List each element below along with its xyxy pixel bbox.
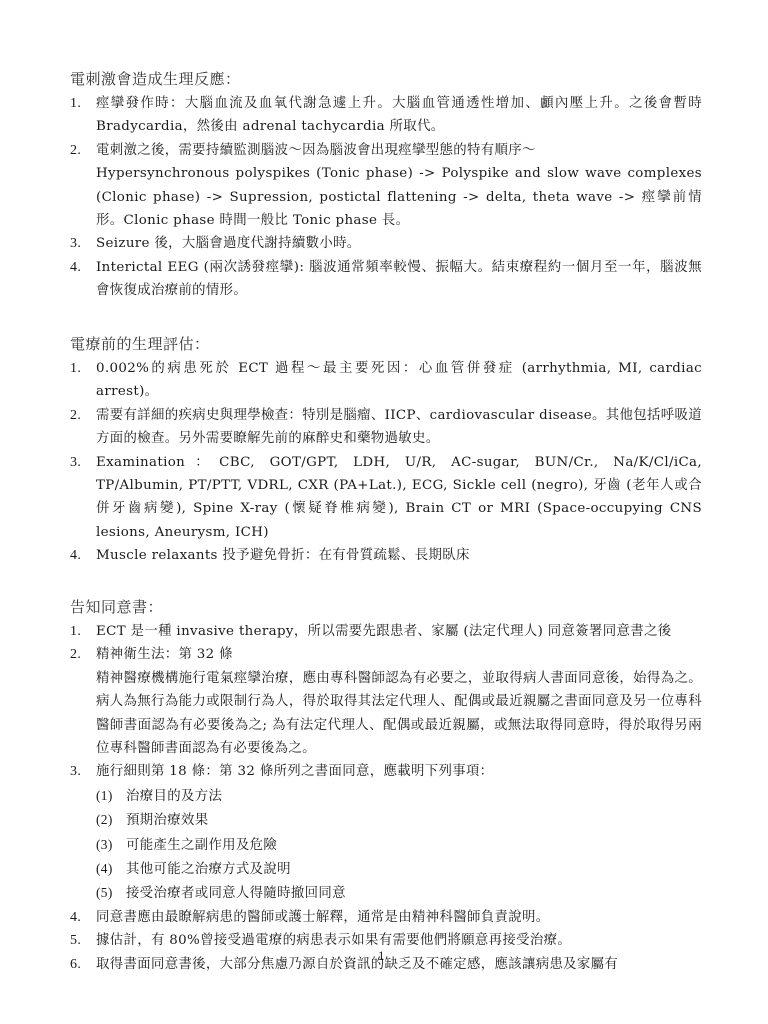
- section-heading: 告知同意書：: [70, 596, 702, 619]
- item-text: 需要有詳細的疾病史與理學檢查：特別是腦瘤、IICP、cardiovascular…: [96, 404, 702, 451]
- section-pre-ect-evaluation: 電療前的生理評估： 1. 0.002%的病患死於 ECT 過程～最主要死因：心血…: [70, 333, 702, 568]
- item-number: 5.: [70, 929, 92, 952]
- sub-item-number: (3): [96, 833, 126, 856]
- list-item: 2. 精神衛生法：第 32 條 精神醫療機構施行電氣痙攣治療，應由專科醫師認為有…: [70, 643, 702, 760]
- list-item: 1. ECT 是一種 invasive therapy，所以需要先跟患者、家屬 …: [70, 620, 702, 643]
- item-text: ECT 是一種 invasive therapy，所以需要先跟患者、家屬 (法定…: [96, 620, 702, 643]
- item-text: 據估計，有 80%曾接受過電療的病患表示如果有需要他們將願意再接受治療。: [96, 929, 702, 952]
- section-informed-consent: 告知同意書： 1. ECT 是一種 invasive therapy，所以需要先…: [70, 596, 702, 976]
- section-heading: 電刺激會造成生理反應：: [70, 68, 702, 91]
- item-number: 4.: [70, 906, 92, 929]
- sub-list-item: (1)治療目的及方法: [96, 784, 702, 808]
- list-item: 4. Muscle relaxants 投予避免骨折：在有骨質疏鬆、長期臥床: [70, 544, 702, 567]
- list-item: 5. 據估計，有 80%曾接受過電療的病患表示如果有需要他們將願意再接受治療。: [70, 929, 702, 952]
- sub-item-number: (2): [96, 808, 126, 831]
- item-text: Examination：CBC, GOT/GPT, LDH, U/R, AC-s…: [96, 451, 702, 545]
- page-number: 1: [378, 948, 385, 964]
- list-item: 1. 痙攣發作時：大腦血流及血氧代謝急遽上升。大腦血管通透性增加、顱內壓上升。之…: [70, 92, 702, 139]
- item-number: 6.: [70, 953, 92, 976]
- sub-item-text: 預期治療效果: [126, 813, 208, 828]
- sub-list-item: (2)預期治療效果: [96, 808, 702, 832]
- document-page: 電刺激會造成生理反應： 1. 痙攣發作時：大腦血流及血氧代謝急遽上升。大腦血管通…: [0, 0, 768, 1024]
- list-item: 3. Examination：CBC, GOT/GPT, LDH, U/R, A…: [70, 451, 702, 545]
- item-number: 4.: [70, 256, 92, 279]
- sub-list-item: (3)可能產生之副作用及危險: [96, 833, 702, 857]
- sub-item-text: 接受治療者或同意人得隨時撤回同意: [126, 886, 346, 901]
- sub-item-number: (4): [96, 857, 126, 880]
- item-number: 3.: [70, 232, 92, 255]
- item-number: 3.: [70, 451, 92, 474]
- item-number: 2.: [70, 643, 92, 666]
- list-item: 3. 施行細則第 18 條：第 32 條所列之書面同意，應載明下列事項： (1)…: [70, 760, 702, 905]
- sub-item-number: (5): [96, 881, 126, 904]
- section-heading: 電療前的生理評估：: [70, 333, 702, 356]
- item-number: 2.: [70, 404, 92, 427]
- item-number: 1.: [70, 357, 92, 380]
- list-item: 1. 0.002%的病患死於 ECT 過程～最主要死因：心血管併發症 (arrh…: [70, 357, 702, 404]
- item-text: 電刺激之後，需要持續監測腦波～因為腦波會出現痙攣型態的特有順序～: [96, 139, 702, 162]
- sub-item-text: 可能產生之副作用及危險: [126, 838, 277, 853]
- item-text-continued: Hypersynchronous polyspikes (Tonic phase…: [96, 162, 702, 232]
- item-number: 1.: [70, 92, 92, 115]
- section-physiological-response: 電刺激會造成生理反應： 1. 痙攣發作時：大腦血流及血氧代謝急遽上升。大腦血管通…: [70, 68, 702, 303]
- sub-item-text: 其他可能之治療方式及說明: [126, 862, 291, 877]
- item-text: 0.002%的病患死於 ECT 過程～最主要死因：心血管併發症 (arrhyth…: [96, 357, 702, 404]
- list-item: 2. 電刺激之後，需要持續監測腦波～因為腦波會出現痙攣型態的特有順序～ Hype…: [70, 139, 702, 233]
- item-text: 精神衛生法：第 32 條: [96, 643, 702, 666]
- numbered-list: 1. ECT 是一種 invasive therapy，所以需要先跟患者、家屬 …: [70, 620, 702, 976]
- list-item: 3. Seizure 後，大腦會過度代謝持續數小時。: [70, 232, 702, 255]
- item-number: 2.: [70, 139, 92, 162]
- list-item: 6. 取得書面同意書後，大部分焦慮乃源自於資訊的缺乏及不確定感，應該讓病患及家屬…: [70, 953, 702, 976]
- sub-list-item: (5)接受治療者或同意人得隨時撤回同意: [96, 881, 702, 905]
- item-text: 施行細則第 18 條：第 32 條所列之書面同意，應載明下列事項：: [96, 760, 702, 783]
- item-text: Interictal EEG (兩次誘發痙攣): 腦波通常頻率較慢、振幅大。結束…: [96, 256, 702, 303]
- item-text: Muscle relaxants 投予避免骨折：在有骨質疏鬆、長期臥床: [96, 544, 702, 567]
- item-text: 取得書面同意書後，大部分焦慮乃源自於資訊的缺乏及不確定感，應該讓病患及家屬有: [96, 953, 702, 976]
- item-text-continued: 精神醫療機構施行電氣痙攣治療，應由專科醫師認為有必要之，並取得病人書面同意後，始…: [96, 667, 702, 761]
- numbered-list: 1. 痙攣發作時：大腦血流及血氧代謝急遽上升。大腦血管通透性增加、顱內壓上升。之…: [70, 92, 702, 303]
- sub-item-text: 治療目的及方法: [126, 789, 222, 804]
- item-number: 3.: [70, 760, 92, 783]
- list-item: 2. 需要有詳細的疾病史與理學檢查：特別是腦瘤、IICP、cardiovascu…: [70, 404, 702, 451]
- numbered-list: 1. 0.002%的病患死於 ECT 過程～最主要死因：心血管併發症 (arrh…: [70, 357, 702, 568]
- list-item: 4. 同意書應由最瞭解病患的醫師或護士解釋，通常是由精神科醫師負責說明。: [70, 906, 702, 929]
- sub-item-number: (1): [96, 784, 126, 807]
- item-text: 痙攣發作時：大腦血流及血氧代謝急遽上升。大腦血管通透性增加、顱內壓上升。之後會暫…: [96, 92, 702, 139]
- sub-list: (1)治療目的及方法 (2)預期治療效果 (3)可能產生之副作用及危險 (4)其…: [96, 784, 702, 906]
- item-number: 1.: [70, 620, 92, 643]
- sub-list-item: (4)其他可能之治療方式及說明: [96, 857, 702, 881]
- list-item: 4. Interictal EEG (兩次誘發痙攣): 腦波通常頻率較慢、振幅大…: [70, 256, 702, 303]
- item-text: 同意書應由最瞭解病患的醫師或護士解釋，通常是由精神科醫師負責說明。: [96, 906, 702, 929]
- item-number: 4.: [70, 544, 92, 567]
- item-text: Seizure 後，大腦會過度代謝持續數小時。: [96, 232, 702, 255]
